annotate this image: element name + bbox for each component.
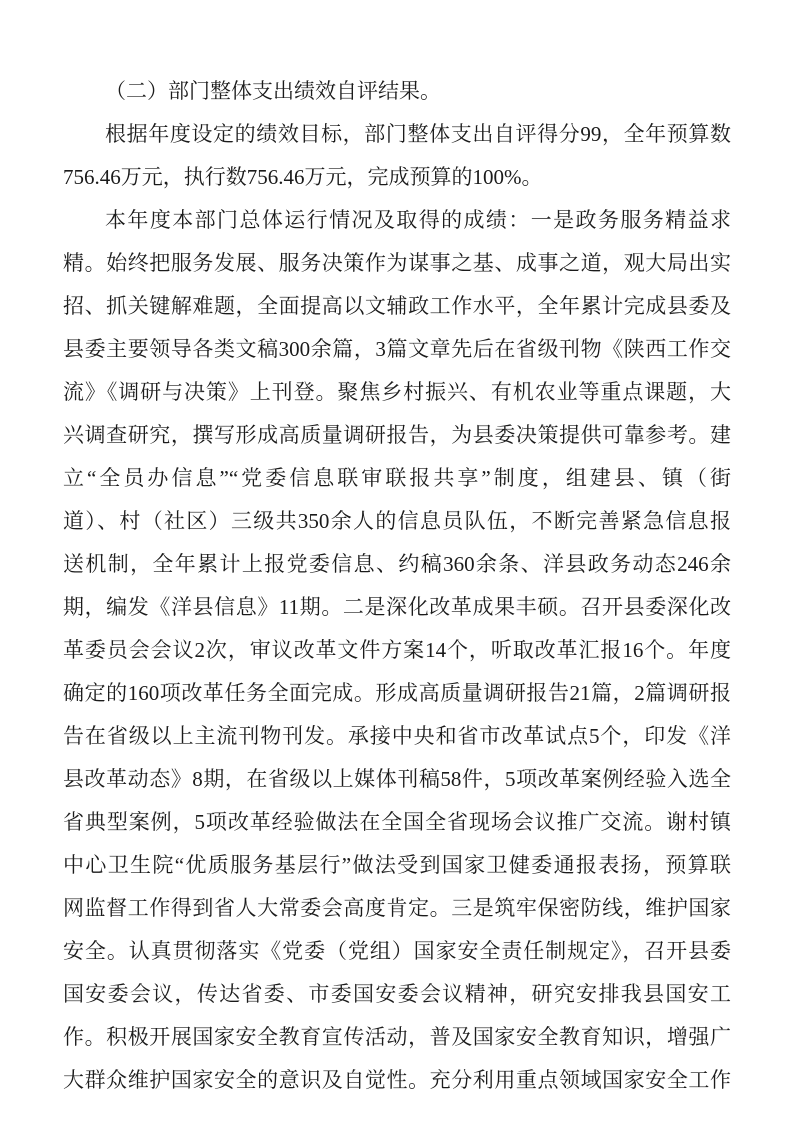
text-line: 网监督工作得到省人大常委会高度肯定。三是筑牢保密防线，维护国家 — [63, 887, 731, 930]
text-line: 国安委会议，传达省委、市委国安委会议精神，研究安排我县国安工 — [63, 973, 731, 1016]
text-line: 作。积极开展国家安全教育宣传活动，普及国家安全教育知识，增强广 — [63, 1016, 731, 1059]
text-line: 精。始终把服务发展、服务决策作为谋事之基、成事之道，观大局出实 — [63, 242, 731, 285]
text-line: 流》《调研与决策》上刊登。聚焦乡村振兴、有机农业等重点课题，大 — [63, 371, 731, 414]
text-line: 县委主要领导各类文稿300余篇，3篇文章先后在省级刊物《陕西工作交 — [63, 328, 731, 371]
text-line: 根据年度设定的绩效目标，部门整体支出自评得分99，全年预算数 — [63, 113, 731, 156]
document-page: （二）部门整体支出绩效自评结果。 根据年度设定的绩效目标，部门整体支出自评得分9… — [0, 0, 793, 1122]
text-line: 大群众维护国家安全的意识及自觉性。充分利用重点领域国家安全工作 — [63, 1059, 731, 1102]
subheading-line: （二）部门整体支出绩效自评结果。 — [63, 70, 731, 113]
text-line: 期，编发《洋县信息》11期。二是深化改革成果丰硕。召开县委深化改 — [63, 586, 731, 629]
text-line: 确定的160项改革任务全面完成。形成高质量调研报告21篇，2篇调研报 — [63, 672, 731, 715]
text-line: 送机制，全年累计上报党委信息、约稿360余条、洋县政务动态246余 — [63, 543, 731, 586]
subheading-paragraph: （二）部门整体支出绩效自评结果。 — [63, 70, 731, 113]
text-line: 756.46万元，执行数756.46万元，完成预算的100%。 — [63, 156, 731, 199]
text-line: 安全。认真贯彻落实《党委（党组）国家安全责任制规定》，召开县委 — [63, 930, 731, 973]
text-line: 本年度本部门总体运行情况及取得的成绩：一是政务服务精益求 — [63, 199, 731, 242]
text-line: 中心卫生院“优质服务基层行”做法受到国家卫健委通报表扬，预算联 — [63, 844, 731, 887]
text-line: 革委员会会议2次，审议改革文件方案14个，听取改革汇报16个。年度 — [63, 629, 731, 672]
text-line: 告在省级以上主流刊物刊发。承接中央和省市改革试点5个，印发《洋 — [63, 715, 731, 758]
text-line: 道）、村（社区）三级共350余人的信息员队伍，不断完善紧急信息报 — [63, 500, 731, 543]
text-line: 省典型案例，5项改革经验做法在全国全省现场会议推广交流。谢村镇 — [63, 801, 731, 844]
operations-summary-paragraph: 本年度本部门总体运行情况及取得的成绩：一是政务服务精益求 精。始终把服务发展、服… — [63, 199, 731, 1102]
text-line: 县改革动态》8期，在省级以上媒体刊稿58件，5项改革案例经验入选全 — [63, 758, 731, 801]
text-line: 立“全员办信息”“党委信息联审联报共享”制度，组建县、镇（街 — [63, 457, 731, 500]
text-line: 兴调查研究，撰写形成高质量调研报告，为县委决策提供可靠参考。建 — [63, 414, 731, 457]
text-line: 招、抓关键解难题，全面提高以文辅政工作水平，全年累计完成县委及 — [63, 285, 731, 328]
self-evaluation-result-paragraph: 根据年度设定的绩效目标，部门整体支出自评得分99，全年预算数 756.46万元，… — [63, 113, 731, 199]
